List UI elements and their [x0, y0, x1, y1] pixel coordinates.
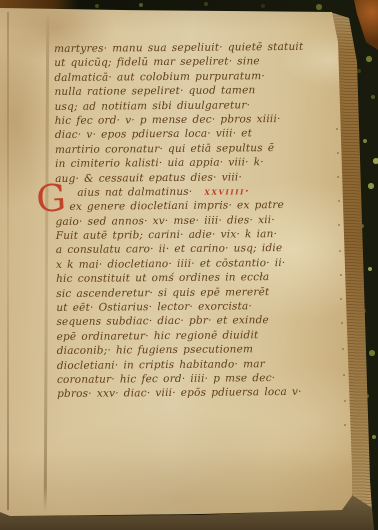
line-text: epē ordinaretur· hic regionē diuidit [57, 329, 259, 343]
line-text: aug· & cessauit epatus dies· viii· [55, 171, 242, 185]
parchment-page: 11 G martyres· manu sua sepeliuit· quiet… [0, 0, 378, 530]
line-text: sic ascenderetur· si quis epē mererēt [56, 286, 269, 300]
line-text: coronatur· hic fec ord· iiii· p mse dec· [57, 372, 275, 386]
text-line: martyres· manu sua sepeliuit· quietē sta… [54, 40, 334, 57]
line-text: sequens subdiac· diac· pbr· et exinde [56, 315, 269, 329]
binding-edge-top-left [0, 0, 78, 9]
line-text: pbros· xxv· diac· viii· epōs pdiuersa lo… [57, 386, 302, 400]
line-text: martyres· manu sua sepeliuit· quietē sta… [54, 41, 303, 55]
text-line: pbros· xxv· diac· viii· epōs pdiuersa lo… [57, 385, 337, 402]
line-text: diaconib;· hic fugiens psecutionem [57, 343, 254, 357]
line-text: Fuit autē tprib; carini· adie· vix· k ia… [56, 228, 278, 242]
line-text: a consulatu caro· ii· et carino· usq; id… [56, 242, 283, 256]
gutter-crease [44, 10, 50, 512]
line-text: martirio coronatur· qui etiā sepultus ē [55, 142, 274, 156]
line-text: diac· v· epos pdiuersa loca· viii· et [55, 128, 252, 142]
line-text: diocletiani· in criptis habitando· mar [57, 358, 265, 372]
initial-g: G [35, 181, 67, 217]
line-text: dalmaticā· aut colobium purpuratum· [54, 70, 265, 84]
line-text: nulla ratione sepeliret· quod tamen [54, 84, 255, 98]
line-text: aius nat dalmatinus· [77, 186, 192, 199]
line-text: ut quicūq; fidelū mar sepeliret· sine [54, 56, 260, 70]
line-text: hic constituit ut omś ordines in eccła [56, 271, 269, 285]
line-text: in cimiterio kalisti· uia appia· viii· k… [55, 156, 264, 170]
line-text: ut eēt· Ostiarius· lector· exorcista· [56, 300, 252, 314]
line-text: usq; ad notitiam sibi diuulgaretur· [55, 99, 251, 113]
text-block: G martyres· manu sua sepeliuit· quietē s… [54, 40, 337, 402]
line-text: gaio· sed annos· xv· mse· iiii· dies· xi… [56, 214, 275, 228]
left-fold-line [7, 12, 9, 510]
chapter-numeral: xxviiii· [204, 185, 250, 197]
line-text: x k mai· diocletiano· iiii· et cōstantio… [56, 257, 286, 271]
manuscript-photo: 11 G martyres· manu sua sepeliuit· quiet… [0, 0, 378, 530]
line-text: ex genere diocletiani impris· ex patre [69, 199, 284, 213]
line-text: hic fec ord· v· p mense dec· pbros xiiii… [55, 113, 281, 127]
